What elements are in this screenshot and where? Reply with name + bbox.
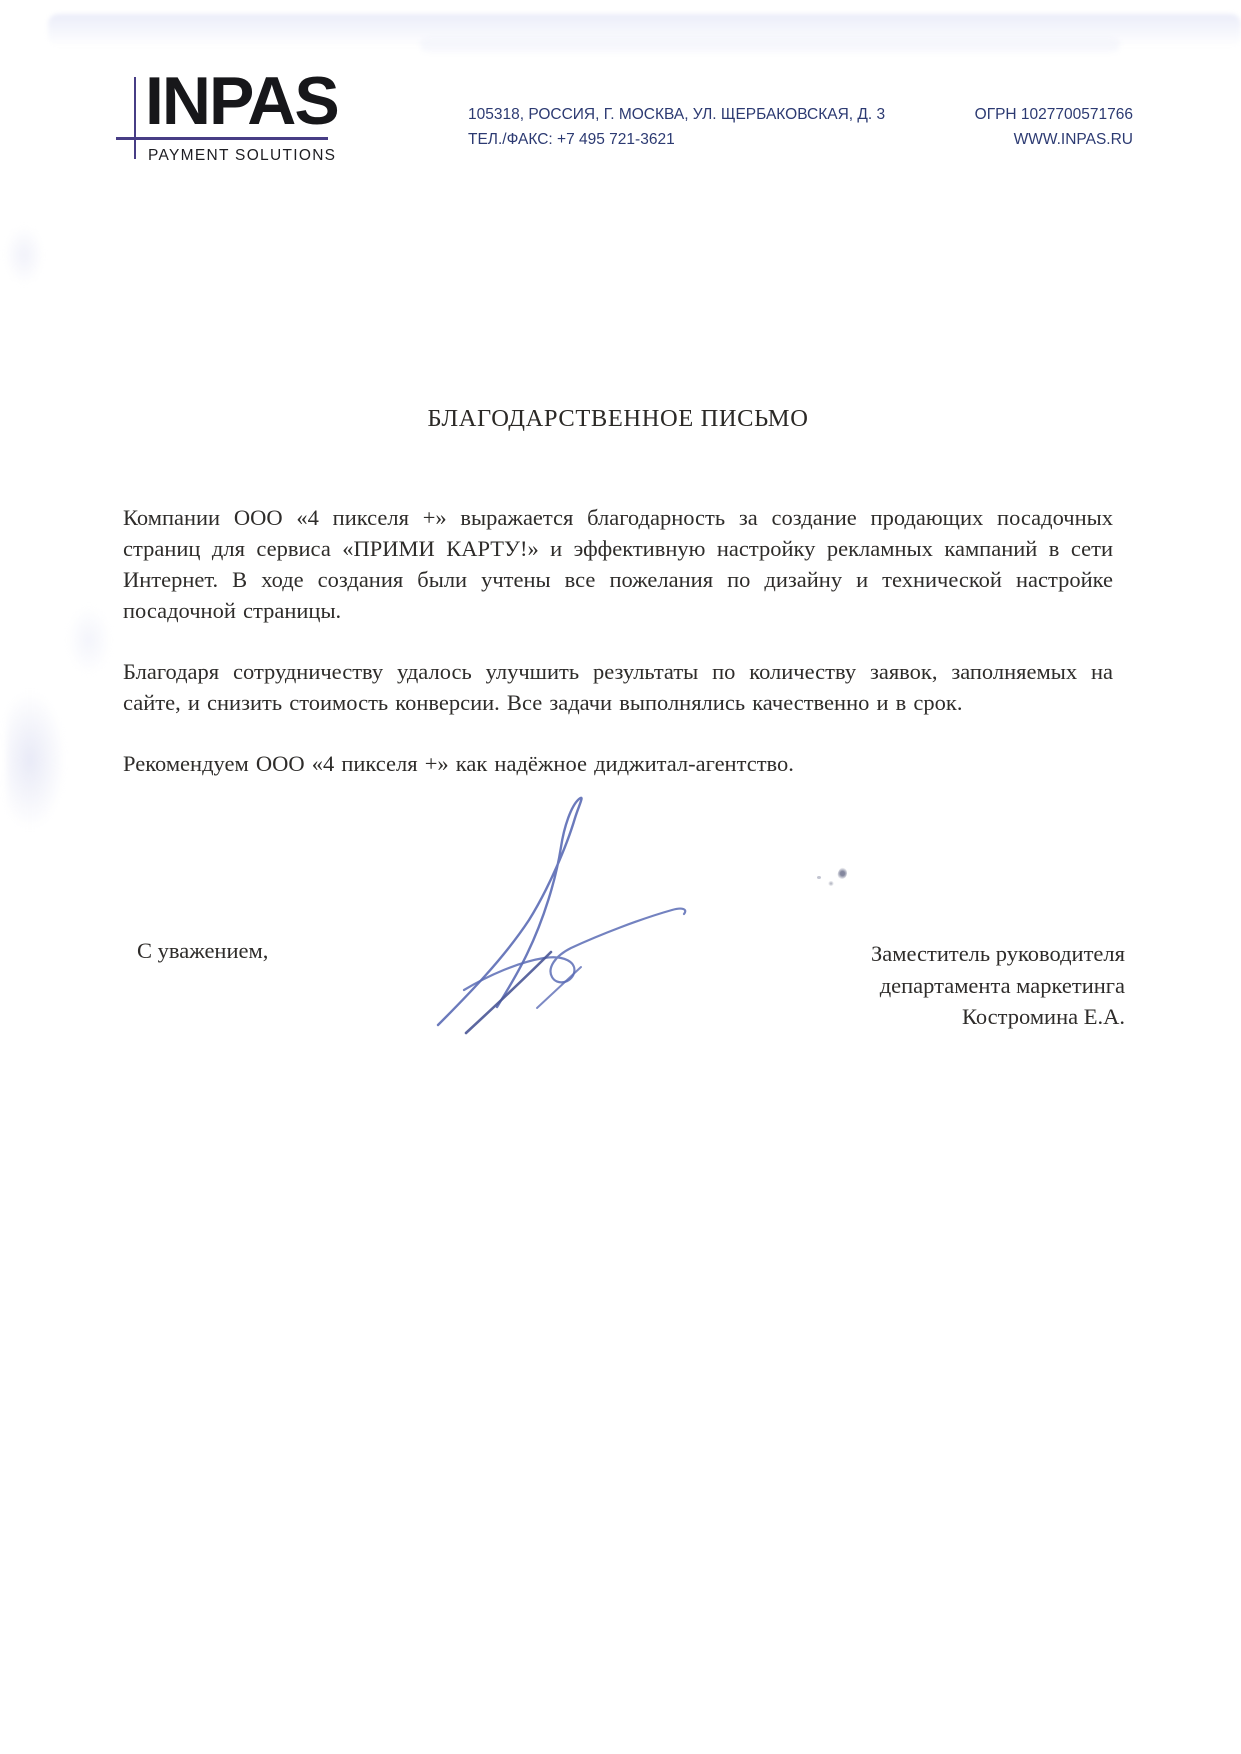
letterhead-address-block: 105318, РОССИЯ, Г. МОСКВА, УЛ. ЩЕРБАКОВС…	[468, 102, 885, 152]
signer-block: Заместитель руководителя департамента ма…	[871, 938, 1125, 1033]
logo-cross-horizontal-line	[116, 137, 328, 140]
letter-body: БЛАГОДАРСТВЕННОЕ ПИСЬМО Компании ООО «4 …	[123, 404, 1113, 809]
scan-artifact-smudge	[66, 605, 112, 675]
address-line: 105318, РОССИЯ, Г. МОСКВА, УЛ. ЩЕРБАКОВС…	[468, 102, 885, 127]
letterhead-registration-block: ОГРН 1027700571766 WWW.INPAS.RU	[975, 102, 1133, 152]
logo-cross-vertical-line	[134, 77, 136, 159]
handwritten-signature	[408, 788, 700, 1040]
signer-title-line-2: департамента маркетинга	[871, 970, 1125, 1002]
scan-artifact-smudge	[4, 225, 44, 285]
logo-tagline: PAYMENT SOLUTIONS	[148, 147, 336, 165]
scan-artifact-top-band	[48, 14, 1241, 46]
inpas-logo: INPAS PAYMENT SOLUTIONS	[100, 56, 350, 176]
closing-salutation: С уважением,	[137, 938, 268, 964]
logo-wordmark: INPAS	[145, 67, 338, 135]
letter-paragraph-2: Благодаря сотрудничеству удалось улучшит…	[123, 656, 1113, 718]
letter-page: INPAS PAYMENT SOLUTIONS 105318, РОССИЯ, …	[0, 0, 1241, 1754]
phone-fax-line: ТЕЛ./ФАКС: +7 495 721-3621	[468, 127, 885, 152]
signer-title-line-1: Заместитель руководителя	[871, 938, 1125, 970]
letter-title: БЛАГОДАРСТВЕННОЕ ПИСЬМО	[123, 404, 1113, 434]
ogrn-line: ОГРН 1027700571766	[975, 102, 1133, 127]
letter-paragraph-3: Рекомендуем ООО «4 пикселя +» как надёжн…	[123, 748, 1113, 779]
scan-artifact-smudge	[6, 690, 66, 830]
website-line: WWW.INPAS.RU	[975, 127, 1133, 152]
ink-speck	[817, 876, 821, 879]
scan-artifact-top-band-2	[420, 38, 1120, 52]
ink-speck	[836, 867, 849, 881]
ink-speck	[828, 881, 834, 886]
signer-name: Костромина Е.А.	[871, 1001, 1125, 1033]
letter-paragraph-1: Компании ООО «4 пикселя +» выражается бл…	[123, 502, 1113, 626]
